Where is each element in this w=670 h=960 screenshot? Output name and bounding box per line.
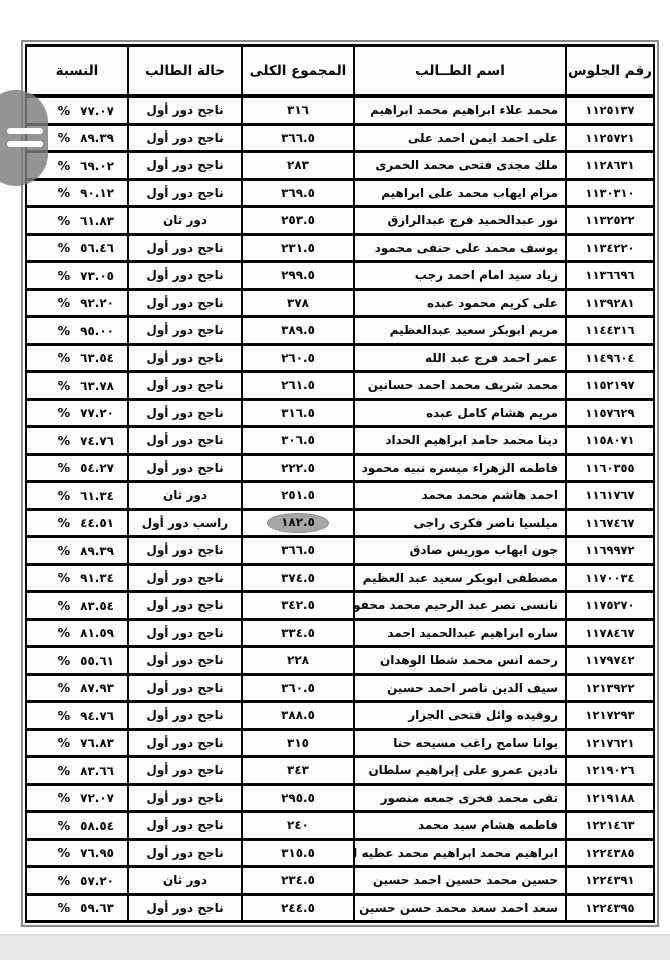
total-score-value: ٣٤٣: [287, 763, 309, 777]
percent-value: ٨٣.٥٤: [80, 599, 114, 613]
student-name-cell: دينا محمد حامد ابراهيم الحداد: [354, 427, 566, 455]
scanned-results-page: رقم الجلوس اسم الطــالب المجموع الكلى حا…: [0, 0, 670, 960]
seat-number-cell: ١٢٢١٤٦٣: [566, 812, 654, 840]
status-cell: ناجح دور أول: [128, 784, 242, 812]
percent-cell: %٧٣.٠٥: [26, 262, 128, 290]
table-row: ١١٧٨٤٦٧ساره ابراهيم عبدالحميد احمد٣٣٤.٥ن…: [26, 619, 654, 647]
student-name-cell: نادين عمرو على إبراهيم سلطان: [354, 757, 566, 785]
percent-cell: %٧٢.٠٧: [26, 784, 128, 812]
total-score-cell: ٣٧٤.٥: [242, 564, 354, 592]
percent-cell: %٧٦.٨٣: [26, 729, 128, 757]
percent-sign: %: [58, 350, 71, 365]
student-name-cell: ساره ابراهيم عبدالحميد احمد: [354, 619, 566, 647]
percent-value: ٩١.٣٤: [80, 571, 114, 585]
total-score-cell: ٢٦٠.٥: [242, 344, 354, 372]
total-score-cell: ٣١٥.٥: [242, 839, 354, 867]
percent-value: ٥٧.٢٠: [80, 874, 114, 888]
highlight-ellipse: ١٨٢.٥: [267, 513, 329, 533]
seat-number-cell: ١١٧٩٧٤٢: [566, 647, 654, 675]
percent-value: ٧٧.٠٧: [80, 104, 114, 118]
percent-cell: %٥٨.٥٤: [26, 812, 128, 840]
seat-number-cell: ١١٥٢١٩٧: [566, 372, 654, 400]
total-score-value: ٣٣٤.٥: [281, 626, 315, 640]
status-cell: ناجح دور أول: [128, 124, 242, 152]
total-score-value: ٢٢٨: [287, 653, 309, 667]
table-row: ١١٣٢٥٢٢نور عبدالحميد فرج عبدالرازق٢٥٣.٥د…: [26, 207, 654, 235]
seat-number-cell: ١١٧٠٠٣٤: [566, 564, 654, 592]
percent-sign: %: [58, 598, 71, 613]
seat-number-cell: ١١٤٤٣١٦: [566, 317, 654, 345]
total-score-cell: ٣٦٠.٥: [242, 674, 354, 702]
percent-cell: %٥٩.٦٣: [26, 894, 128, 922]
percent-cell: %٧٦.٩٥: [26, 839, 128, 867]
total-score-value: ٢٤٠: [287, 818, 309, 832]
percent-value: ٧٦.٩٥: [80, 846, 114, 860]
table-body: ١١٢٥١٣٧محمد علاء ابراهيم محمد ابراهيم٣١٦…: [26, 96, 654, 922]
total-score-cell: ٢٥٣.٥: [242, 207, 354, 235]
status-cell: ناجح دور أول: [128, 344, 242, 372]
total-score-value: ٢٢٢.٥: [281, 461, 315, 475]
header-seat-number: رقم الجلوس: [566, 46, 654, 97]
student-name-cell: زياد سيد امام احمد رجب: [354, 262, 566, 290]
table-row: ١١٥٨٠٧١دينا محمد حامد ابراهيم الحداد٣٠٦.…: [26, 427, 654, 455]
percent-value: ٩٢.٢٠: [80, 296, 114, 310]
student-name-cell: حسين محمد حسين احمد حسين: [354, 867, 566, 895]
table-row: ١١٢٥٧٢١على احمد ايمن احمد على٣٦٦.٥ناجح د…: [26, 124, 654, 152]
seat-number-cell: ١١٦٩٩٧٢: [566, 537, 654, 565]
table-row: ١١٤٩٦٠٤عمر احمد فرج عبد الله٢٦٠.٥ناجح دو…: [26, 344, 654, 372]
handle-line-icon: [7, 141, 43, 147]
percent-sign: %: [58, 323, 71, 338]
percent-value: ٧٤.٧٦: [80, 434, 114, 448]
percent-cell: %٨٩.٣٩: [26, 537, 128, 565]
header-student-status: حالة الطالب: [128, 46, 242, 97]
seat-number-cell: ١٢١٣٩٢٢: [566, 674, 654, 702]
table-row: ١٢١٧٦٢١يوانا سامح راغب مسيحه حنا٣١٥ناجح …: [26, 729, 654, 757]
percent-cell: %٨٣.٦٦: [26, 757, 128, 785]
percent-value: ٦١.٣٤: [80, 489, 114, 503]
student-name-cell: محمد شريف محمد احمد حسانين: [354, 372, 566, 400]
percent-sign: %: [58, 240, 71, 255]
percent-cell: %٥٧.٢٠: [26, 867, 128, 895]
total-score-value: ٣٦٠.٥: [281, 681, 315, 695]
total-score-value: ٣٦٦.٥: [281, 131, 315, 145]
percent-value: ٦١.٨٣: [80, 214, 114, 228]
student-name-cell: يوسف محمد على حنفى محمود: [354, 234, 566, 262]
student-name-cell: فاطمه الزهراء ميسره نبيه محمود: [354, 454, 566, 482]
total-score-value: ٣١٦: [287, 103, 309, 117]
seat-number-cell: ١١٧٨٤٦٧: [566, 619, 654, 647]
total-score-cell: ٢٨٣: [242, 152, 354, 180]
total-score-cell: ٣٦٦.٥: [242, 537, 354, 565]
seat-number-cell: ١١٥٨٠٧١: [566, 427, 654, 455]
student-name-cell: نانسى نصر عبد الرحيم محمد محفوظ: [354, 592, 566, 620]
status-cell: ناجح دور أول: [128, 454, 242, 482]
total-score-cell: ٢٣١.٥: [242, 234, 354, 262]
status-cell: ناجح دور أول: [128, 96, 242, 124]
total-score-value: ٣١٥.٥: [281, 846, 315, 860]
student-name-cell: رحمه انس محمد شطا الوهدان: [354, 647, 566, 675]
total-score-cell: ٢٩٥.٥: [242, 784, 354, 812]
student-name-cell: سيف الدين ناصر احمد حسين: [354, 674, 566, 702]
total-score-value: ٣٧٨: [287, 296, 309, 310]
percent-sign: %: [58, 515, 71, 530]
seat-number-cell: ١٢٢٤٣٨٥: [566, 839, 654, 867]
status-cell: ناجح دور أول: [128, 757, 242, 785]
total-score-value: ٣٦٩.٥: [281, 186, 315, 200]
total-score-cell: ٢٦١.٥: [242, 372, 354, 400]
table-row: ١١٣٠٣١٠مرام ايهاب محمد على ابراهيم٣٦٩.٥ن…: [26, 179, 654, 207]
student-name-cell: عمر احمد فرج عبد الله: [354, 344, 566, 372]
table-row: ١١٢٥١٣٧محمد علاء ابراهيم محمد ابراهيم٣١٦…: [26, 96, 654, 124]
percent-sign: %: [58, 845, 71, 860]
percent-sign: %: [58, 158, 71, 173]
total-score-cell: ٣١٦: [242, 96, 354, 124]
percent-value: ٧٣.٠٥: [80, 269, 114, 283]
table-row: ١١٦٠٣٥٥فاطمه الزهراء ميسره نبيه محمود٢٢٢…: [26, 454, 654, 482]
total-score-cell: ٣٤٣: [242, 757, 354, 785]
table-row: ١١٢٨٦٣١ملك مجدى فتحى محمد الخمرى٢٨٣ناجح …: [26, 152, 654, 180]
table-row: ١٢٢٤٣٨٥ابراهيم محمد ابراهيم محمد عطيه ال…: [26, 839, 654, 867]
percent-sign: %: [58, 268, 71, 283]
percent-cell: %٩٥.٠٠: [26, 317, 128, 345]
total-score-cell: ٣٦٩.٥: [242, 179, 354, 207]
student-name-cell: فاطمه هشام سيد محمد: [354, 812, 566, 840]
percent-sign: %: [58, 653, 71, 668]
percent-value: ٥٥.٦١: [80, 654, 114, 668]
table-row: ١١٧٥٢٧٠نانسى نصر عبد الرحيم محمد محفوظ٣٤…: [26, 592, 654, 620]
percent-cell: %٩١.٣٤: [26, 564, 128, 592]
table-row: ١٢١٩٠٢٦نادين عمرو على إبراهيم سلطان٣٤٣نا…: [26, 757, 654, 785]
status-cell: ناجح دور أول: [128, 152, 242, 180]
table-row: ١٢١٩١٨٨تقى محمد فخرى جمعه منصور٢٩٥.٥ناجح…: [26, 784, 654, 812]
percent-cell: %٩٢.٢٠: [26, 289, 128, 317]
table-header: رقم الجلوس اسم الطــالب المجموع الكلى حا…: [26, 46, 654, 97]
student-name-cell: ميلسيا ناصر فكرى راجى: [354, 509, 566, 537]
header-total-score: المجموع الكلى: [242, 46, 354, 97]
percent-cell: %٧٤.٧٦: [26, 427, 128, 455]
percent-value: ٥٩.٦٣: [80, 901, 114, 915]
total-score-value: ٢٣١.٥: [281, 241, 315, 255]
total-score-value: ٣٦٦.٥: [281, 543, 315, 557]
percent-cell: %٩٤.٧٦: [26, 702, 128, 730]
percent-cell: %٧٧.٢٠: [26, 399, 128, 427]
percent-value: ٨٩.٣٩: [80, 544, 114, 558]
student-name-cell: روفيده وائل فتحى الجزار: [354, 702, 566, 730]
seat-number-cell: ١١٢٥٧٢١: [566, 124, 654, 152]
percent-value: ٨٣.٦٦: [80, 764, 114, 778]
table-row: ١٢٢١٤٦٣فاطمه هشام سيد محمد٢٤٠ناجح دور أو…: [26, 812, 654, 840]
student-name-cell: يوانا سامح راغب مسيحه حنا: [354, 729, 566, 757]
seat-number-cell: ١٢١٧٦٢١: [566, 729, 654, 757]
seat-number-cell: ١١٦٠٣٥٥: [566, 454, 654, 482]
status-cell: دور ثان: [128, 867, 242, 895]
percent-sign: %: [58, 570, 71, 585]
total-score-cell: ٢٤٠: [242, 812, 354, 840]
percent-cell: %٩٠.١٢: [26, 179, 128, 207]
percent-value: ٥٨.٥٤: [80, 819, 114, 833]
status-cell: ناجح دور أول: [128, 894, 242, 922]
student-name-cell: مصطفى ابوبكر سعيد عبد العظيم: [354, 564, 566, 592]
status-cell: ناجح دور أول: [128, 839, 242, 867]
percent-cell: %٦١.٨٣: [26, 207, 128, 235]
total-score-value: ٢٩٥.٥: [281, 791, 315, 805]
percent-value: ٦٩.٠٢: [80, 159, 114, 173]
seat-number-cell: ١١٦١٧٦٧: [566, 482, 654, 510]
student-name-cell: سعد احمد سعد محمد حسن حسين: [354, 894, 566, 922]
percent-value: ٩٠.١٢: [80, 186, 114, 200]
percent-sign: %: [58, 213, 71, 228]
student-name-cell: على احمد ايمن احمد على: [354, 124, 566, 152]
student-name-cell: مرام ايهاب محمد على ابراهيم: [354, 179, 566, 207]
edge-handle[interactable]: [0, 90, 48, 186]
total-score-cell: ٣١٦.٥: [242, 399, 354, 427]
percent-value: ٨٧.٩٣: [80, 681, 114, 695]
percent-cell: %٦٣.٥٤: [26, 344, 128, 372]
seat-number-cell: ١١٢٥١٣٧: [566, 96, 654, 124]
percent-sign: %: [58, 460, 71, 475]
seat-number-cell: ١١٦٧٤٦٧: [566, 509, 654, 537]
percent-sign: %: [58, 433, 71, 448]
percent-sign: %: [58, 818, 71, 833]
student-name-cell: مريم هشام كامل عبده: [354, 399, 566, 427]
student-name-cell: جون ايهاب موريس صادق: [354, 537, 566, 565]
status-cell: ناجح دور أول: [128, 647, 242, 675]
total-score-cell: ٣١٥: [242, 729, 354, 757]
total-score-cell: ٣٨٨.٥: [242, 702, 354, 730]
total-score-value: ٣٨٩.٥: [281, 323, 315, 337]
total-score-cell: ٢٢٨: [242, 647, 354, 675]
seat-number-cell: ١١٣٢٥٢٢: [566, 207, 654, 235]
status-cell: ناجح دور أول: [128, 592, 242, 620]
total-score-value: ٣١٥: [287, 736, 309, 750]
percent-cell: %٦٣.٧٨: [26, 372, 128, 400]
percent-cell: %٨٣.٥٤: [26, 592, 128, 620]
total-score-value: ٢٣٤.٥: [281, 873, 315, 887]
table-row: ١٢١٣٩٢٢سيف الدين ناصر احمد حسين٣٦٠.٥ناجح…: [26, 674, 654, 702]
table-row: ١١٧٩٧٤٢رحمه انس محمد شطا الوهدان٢٢٨ناجح …: [26, 647, 654, 675]
status-cell: ناجح دور أول: [128, 564, 242, 592]
status-cell: ناجح دور أول: [128, 372, 242, 400]
percent-sign: %: [58, 405, 71, 420]
percent-value: ٧٢.٠٧: [80, 791, 114, 805]
total-score-cell: ٣٨٩.٥: [242, 317, 354, 345]
total-score-value: ٣٨٨.٥: [281, 708, 315, 722]
student-name-cell: ملك مجدى فتحى محمد الخمرى: [354, 152, 566, 180]
results-table: رقم الجلوس اسم الطــالب المجموع الكلى حا…: [25, 44, 655, 923]
status-cell: ناجح دور أول: [128, 729, 242, 757]
status-cell: ناجح دور أول: [128, 179, 242, 207]
total-score-cell: ١٨٢.٥: [242, 509, 354, 537]
seat-number-cell: ١١٣٠٣١٠: [566, 179, 654, 207]
status-cell: ناجح دور أول: [128, 674, 242, 702]
total-score-value: ٢٦٠.٥: [281, 351, 315, 365]
total-score-cell: ٢٥١.٥: [242, 482, 354, 510]
student-name-cell: احمد هاشم محمد محمد: [354, 482, 566, 510]
total-score-value: ٢٩٩.٥: [281, 268, 315, 282]
percent-cell: %٦١.٣٤: [26, 482, 128, 510]
total-score-value: ٣٧٤.٥: [281, 571, 315, 585]
total-score-value: ٢٨٣: [287, 158, 309, 172]
percent-sign: %: [58, 378, 71, 393]
total-score-value: ٣٠٦.٥: [281, 433, 315, 447]
seat-number-cell: ١٢١٩١٨٨: [566, 784, 654, 812]
total-score-cell: ٢٣٤.٥: [242, 867, 354, 895]
student-name-cell: محمد علاء ابراهيم محمد ابراهيم: [354, 96, 566, 124]
status-cell: ناجح دور أول: [128, 234, 242, 262]
student-name-cell: تقى محمد فخرى جمعه منصور: [354, 784, 566, 812]
percent-value: ٥٦.٤٦: [80, 241, 114, 255]
seat-number-cell: ١٢٢٤٣٩٥: [566, 894, 654, 922]
total-score-value: ٣٤٢.٥: [281, 598, 315, 612]
total-score-value: ٣١٦.٥: [281, 406, 315, 420]
total-score-cell: ٣٦٦.٥: [242, 124, 354, 152]
percent-value: ٨٩.٣٩: [80, 131, 114, 145]
table-row: ١١٦١٧٦٧احمد هاشم محمد محمد٢٥١.٥دور ثان%٦…: [26, 482, 654, 510]
percent-cell: %٥٤.٢٧: [26, 454, 128, 482]
total-score-cell: ٢٤٤.٥: [242, 894, 354, 922]
percent-value: ٩٤.٧٦: [80, 709, 114, 723]
table-row: ١١٤٤٣١٦مريم ابوبكر سعيد عبدالعظيم٣٨٩.٥نا…: [26, 317, 654, 345]
percent-cell: %٥٥.٦١: [26, 647, 128, 675]
percent-value: ٨١.٥٩: [80, 626, 114, 640]
student-name-cell: مريم ابوبكر سعيد عبدالعظيم: [354, 317, 566, 345]
total-score-cell: ٢٢٢.٥: [242, 454, 354, 482]
seat-number-cell: ١٢١٩٠٢٦: [566, 757, 654, 785]
seat-number-cell: ١٢٢٤٣٩١: [566, 867, 654, 895]
student-name-cell: على كريم محمود عبده: [354, 289, 566, 317]
seat-number-cell: ١١٣٩٢٨١: [566, 289, 654, 317]
table-row: ١١٧٠٠٣٤مصطفى ابوبكر سعيد عبد العظيم٣٧٤.٥…: [26, 564, 654, 592]
percent-cell: %٨٧.٩٣: [26, 674, 128, 702]
total-score-cell: ٣٧٨: [242, 289, 354, 317]
table-row: ١١٥٢١٩٧محمد شريف محمد احمد حسانين٢٦١.٥نا…: [26, 372, 654, 400]
percent-value: ٦٣.٧٨: [80, 379, 114, 393]
table-row: ١٢٢٤٣٩٥سعد احمد سعد محمد حسن حسين٢٤٤.٥نا…: [26, 894, 654, 922]
seat-number-cell: ١١٧٥٢٧٠: [566, 592, 654, 620]
seat-number-cell: ١١٢٨٦٣١: [566, 152, 654, 180]
status-cell: ناجح دور أول: [128, 812, 242, 840]
percent-sign: %: [58, 873, 71, 888]
table-row: ١١٣٤٢٢٠يوسف محمد على حنفى محمود٢٣١.٥ناجح…: [26, 234, 654, 262]
status-cell: دور ثان: [128, 482, 242, 510]
status-cell: ناجح دور أول: [128, 317, 242, 345]
table-row: ١١٦٧٤٦٧ميلسيا ناصر فكرى راجى١٨٢.٥راسب دو…: [26, 509, 654, 537]
percent-sign: %: [58, 708, 71, 723]
student-name-cell: ابراهيم محمد ابراهيم محمد عطيه النجار: [354, 839, 566, 867]
percent-value: ٤٤.٥١: [80, 516, 114, 530]
percent-sign: %: [58, 735, 71, 750]
seat-number-cell: ١١٤٩٦٠٤: [566, 344, 654, 372]
table-row: ١٢٢٤٣٩١حسين محمد حسين احمد حسين٢٣٤.٥دور …: [26, 867, 654, 895]
percent-sign: %: [58, 488, 71, 503]
table-row: ١١٣٩٢٨١على كريم محمود عبده٣٧٨ناجح دور أو…: [26, 289, 654, 317]
seat-number-cell: ١١٥٧٦٢٩: [566, 399, 654, 427]
percent-value: ٥٤.٢٧: [80, 461, 114, 475]
percent-sign: %: [58, 103, 71, 118]
header-row: رقم الجلوس اسم الطــالب المجموع الكلى حا…: [26, 46, 654, 97]
total-score-value: ٢٦١.٥: [281, 378, 315, 392]
table-row: ١١٦٩٩٧٢جون ايهاب موريس صادق٣٦٦.٥ناجح دور…: [26, 537, 654, 565]
status-cell: ناجح دور أول: [128, 619, 242, 647]
seat-number-cell: ١٢١٧٢٩٣: [566, 702, 654, 730]
total-score-cell: ٣٣٤.٥: [242, 619, 354, 647]
handle-line-icon: [7, 128, 43, 134]
table-row: ١١٣٦٦٩٦زياد سيد امام احمد رجب٢٩٩.٥ناجح د…: [26, 262, 654, 290]
percent-value: ٦٣.٥٤: [80, 351, 114, 365]
percent-cell: %٤٤.٥١: [26, 509, 128, 537]
percent-sign: %: [58, 625, 71, 640]
percent-cell: %٥٦.٤٦: [26, 234, 128, 262]
status-cell: ناجح دور أول: [128, 427, 242, 455]
table-row: ١١٥٧٦٢٩مريم هشام كامل عبده٣١٦.٥ناجح دور …: [26, 399, 654, 427]
status-cell: ناجح دور أول: [128, 262, 242, 290]
total-score-cell: ٢٩٩.٥: [242, 262, 354, 290]
percent-sign: %: [58, 763, 71, 778]
seat-number-cell: ١١٣٦٦٩٦: [566, 262, 654, 290]
status-cell: ناجح دور أول: [128, 702, 242, 730]
percent-sign: %: [58, 295, 71, 310]
status-cell: راسب دور أول: [128, 509, 242, 537]
percent-value: ٧٧.٢٠: [80, 406, 114, 420]
percent-cell: %٨١.٥٩: [26, 619, 128, 647]
status-cell: ناجح دور أول: [128, 399, 242, 427]
status-cell: دور ثان: [128, 207, 242, 235]
student-name-cell: نور عبدالحميد فرج عبدالرازق: [354, 207, 566, 235]
percent-value: ٩٥.٠٠: [80, 324, 114, 338]
total-score-value: ٢٥٣.٥: [281, 213, 315, 227]
header-student-name: اسم الطــالب: [354, 46, 566, 97]
percent-sign: %: [58, 790, 71, 805]
status-cell: ناجح دور أول: [128, 289, 242, 317]
percent-sign: %: [58, 680, 71, 695]
percent-value: ٧٦.٨٣: [80, 736, 114, 750]
header-percentage: النسبة: [26, 46, 128, 97]
table-row: ١٢١٧٢٩٣روفيده وائل فتحى الجزار٣٨٨.٥ناجح …: [26, 702, 654, 730]
percent-sign: %: [58, 543, 71, 558]
percent-sign: %: [58, 185, 71, 200]
total-score-value: ٢٤٤.٥: [281, 901, 315, 915]
seat-number-cell: ١١٣٤٢٢٠: [566, 234, 654, 262]
status-cell: ناجح دور أول: [128, 537, 242, 565]
total-score-cell: ٣٤٢.٥: [242, 592, 354, 620]
percent-sign: %: [58, 900, 71, 915]
bottom-bar: [0, 934, 670, 960]
total-score-value: ٢٥١.٥: [281, 488, 315, 502]
total-score-cell: ٣٠٦.٥: [242, 427, 354, 455]
percent-sign: %: [58, 130, 71, 145]
